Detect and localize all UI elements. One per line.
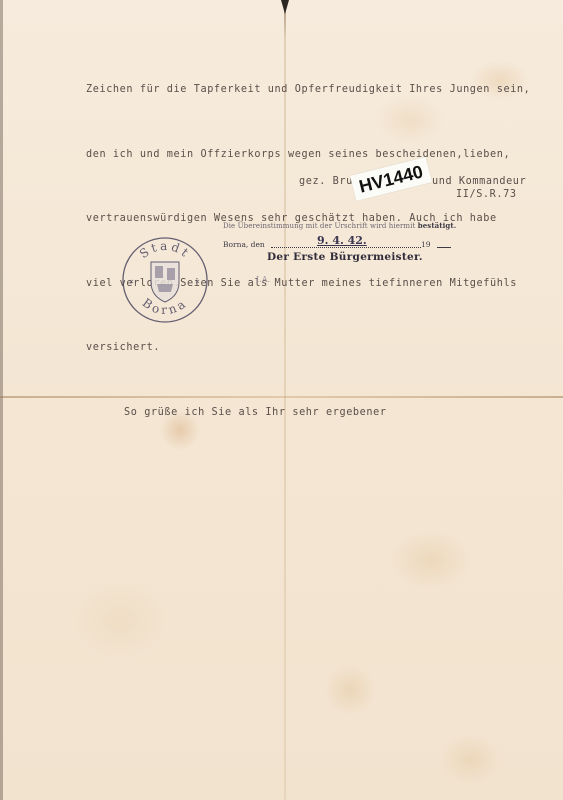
certification-faded: Die Übereinstimmung mit der Urschrift wi…	[223, 222, 418, 230]
year-prefix: 19	[421, 240, 431, 249]
signature-unit: II/S.R.73	[456, 189, 517, 200]
letter-line: versichert.	[86, 337, 556, 359]
letter-line: Zeichen für die Tapferkeit und Opferfreu…	[86, 79, 556, 101]
year-dash	[437, 247, 451, 248]
certification-date: 9. 4. 42.	[317, 234, 367, 247]
certification-bold: bestätigt.	[418, 221, 457, 230]
office-title: Der Erste Bürgermeister.	[267, 251, 423, 263]
initials: I.A.	[256, 275, 270, 284]
paper-tear-mark	[281, 0, 289, 14]
svg-text:×: ×	[195, 277, 200, 286]
dotted-rule	[271, 247, 421, 248]
signature-role: und Kommandeur	[432, 176, 526, 187]
letter-line: den ich und mein Offzierkorps wegen sein…	[86, 144, 556, 166]
certification-text: Die Übereinstimmung mit der Urschrift wi…	[223, 221, 456, 230]
city-seal-stamp-icon: Stadt Borna × ×	[121, 236, 209, 324]
certification-date-line: Borna, den 9. 4. 42. 19	[223, 240, 453, 249]
letter-page: Zeichen für die Tapferkeit und Opferfreu…	[0, 0, 563, 800]
page-edge-shadow	[0, 0, 3, 800]
svg-text:×: ×	[129, 277, 134, 286]
letter-closing: So grüße ich Sie als Ihr sehr ergebener	[86, 402, 556, 424]
place-prefix: Borna, den	[223, 240, 265, 249]
